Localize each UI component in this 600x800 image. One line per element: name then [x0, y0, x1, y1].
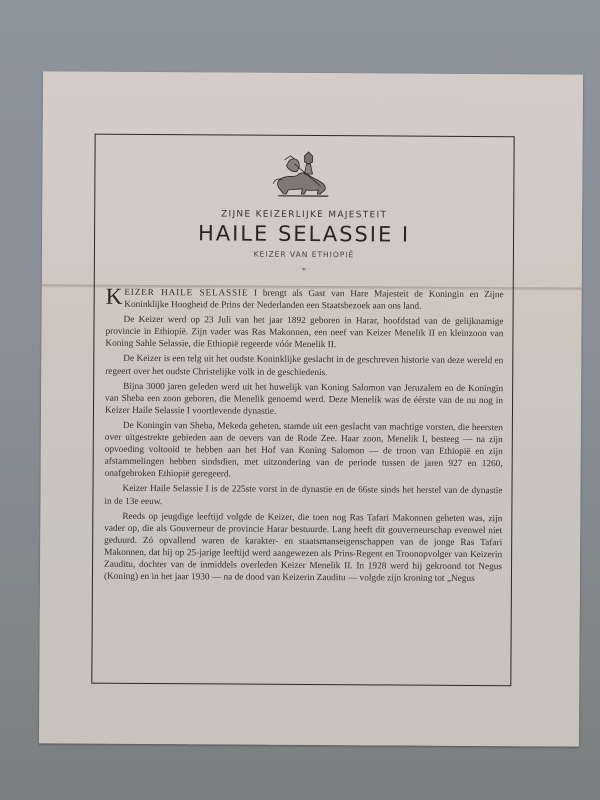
page-border-frame: ZIJNE KEIZERLIJKE MAJESTEIT HAILE SELASS…	[91, 134, 514, 687]
drop-cap: K	[106, 287, 123, 307]
document-title: HAILE SELASSIE I	[95, 221, 513, 248]
star-ornament: *	[95, 265, 513, 277]
subtitle-imperial-majesty: ZIJNE KEIZERLIJKE MAJESTEIT	[95, 209, 513, 222]
paragraph-lineage: De Keizer is een telg uit het oudste Kon…	[105, 353, 503, 380]
paragraph-regency: Reeds op jeugdige leeftijd volgde de Kei…	[104, 510, 502, 585]
lead-caps: EIZER HAILE SELASSIE	[124, 288, 248, 299]
paragraph-dynasty: Keizer Haile Selassie I is de 225ste vor…	[104, 483, 502, 510]
document-body: KEIZER HAILE SELASSIE I brengt als Gast …	[104, 287, 504, 589]
document-sheet: ZIJNE KEIZERLIJKE MAJESTEIT HAILE SELASS…	[39, 71, 583, 746]
lead-paragraph: KEIZER HAILE SELASSIE I brengt als Gast …	[106, 287, 504, 314]
lion-of-judah-emblem-icon	[270, 150, 336, 200]
paragraph-solomon: Bijna 3000 jaren geleden werd uit het hu…	[105, 380, 503, 419]
paragraph-birth: De Keizer werd op 23 Juli van het jaar 1…	[105, 314, 503, 353]
subtitle-emperor-of-ethiopia: KEIZER VAN ETHIOPIË	[95, 249, 513, 261]
paragraph-sheba: De Koningin van Sheba, Mekeda geheten, s…	[105, 420, 503, 483]
